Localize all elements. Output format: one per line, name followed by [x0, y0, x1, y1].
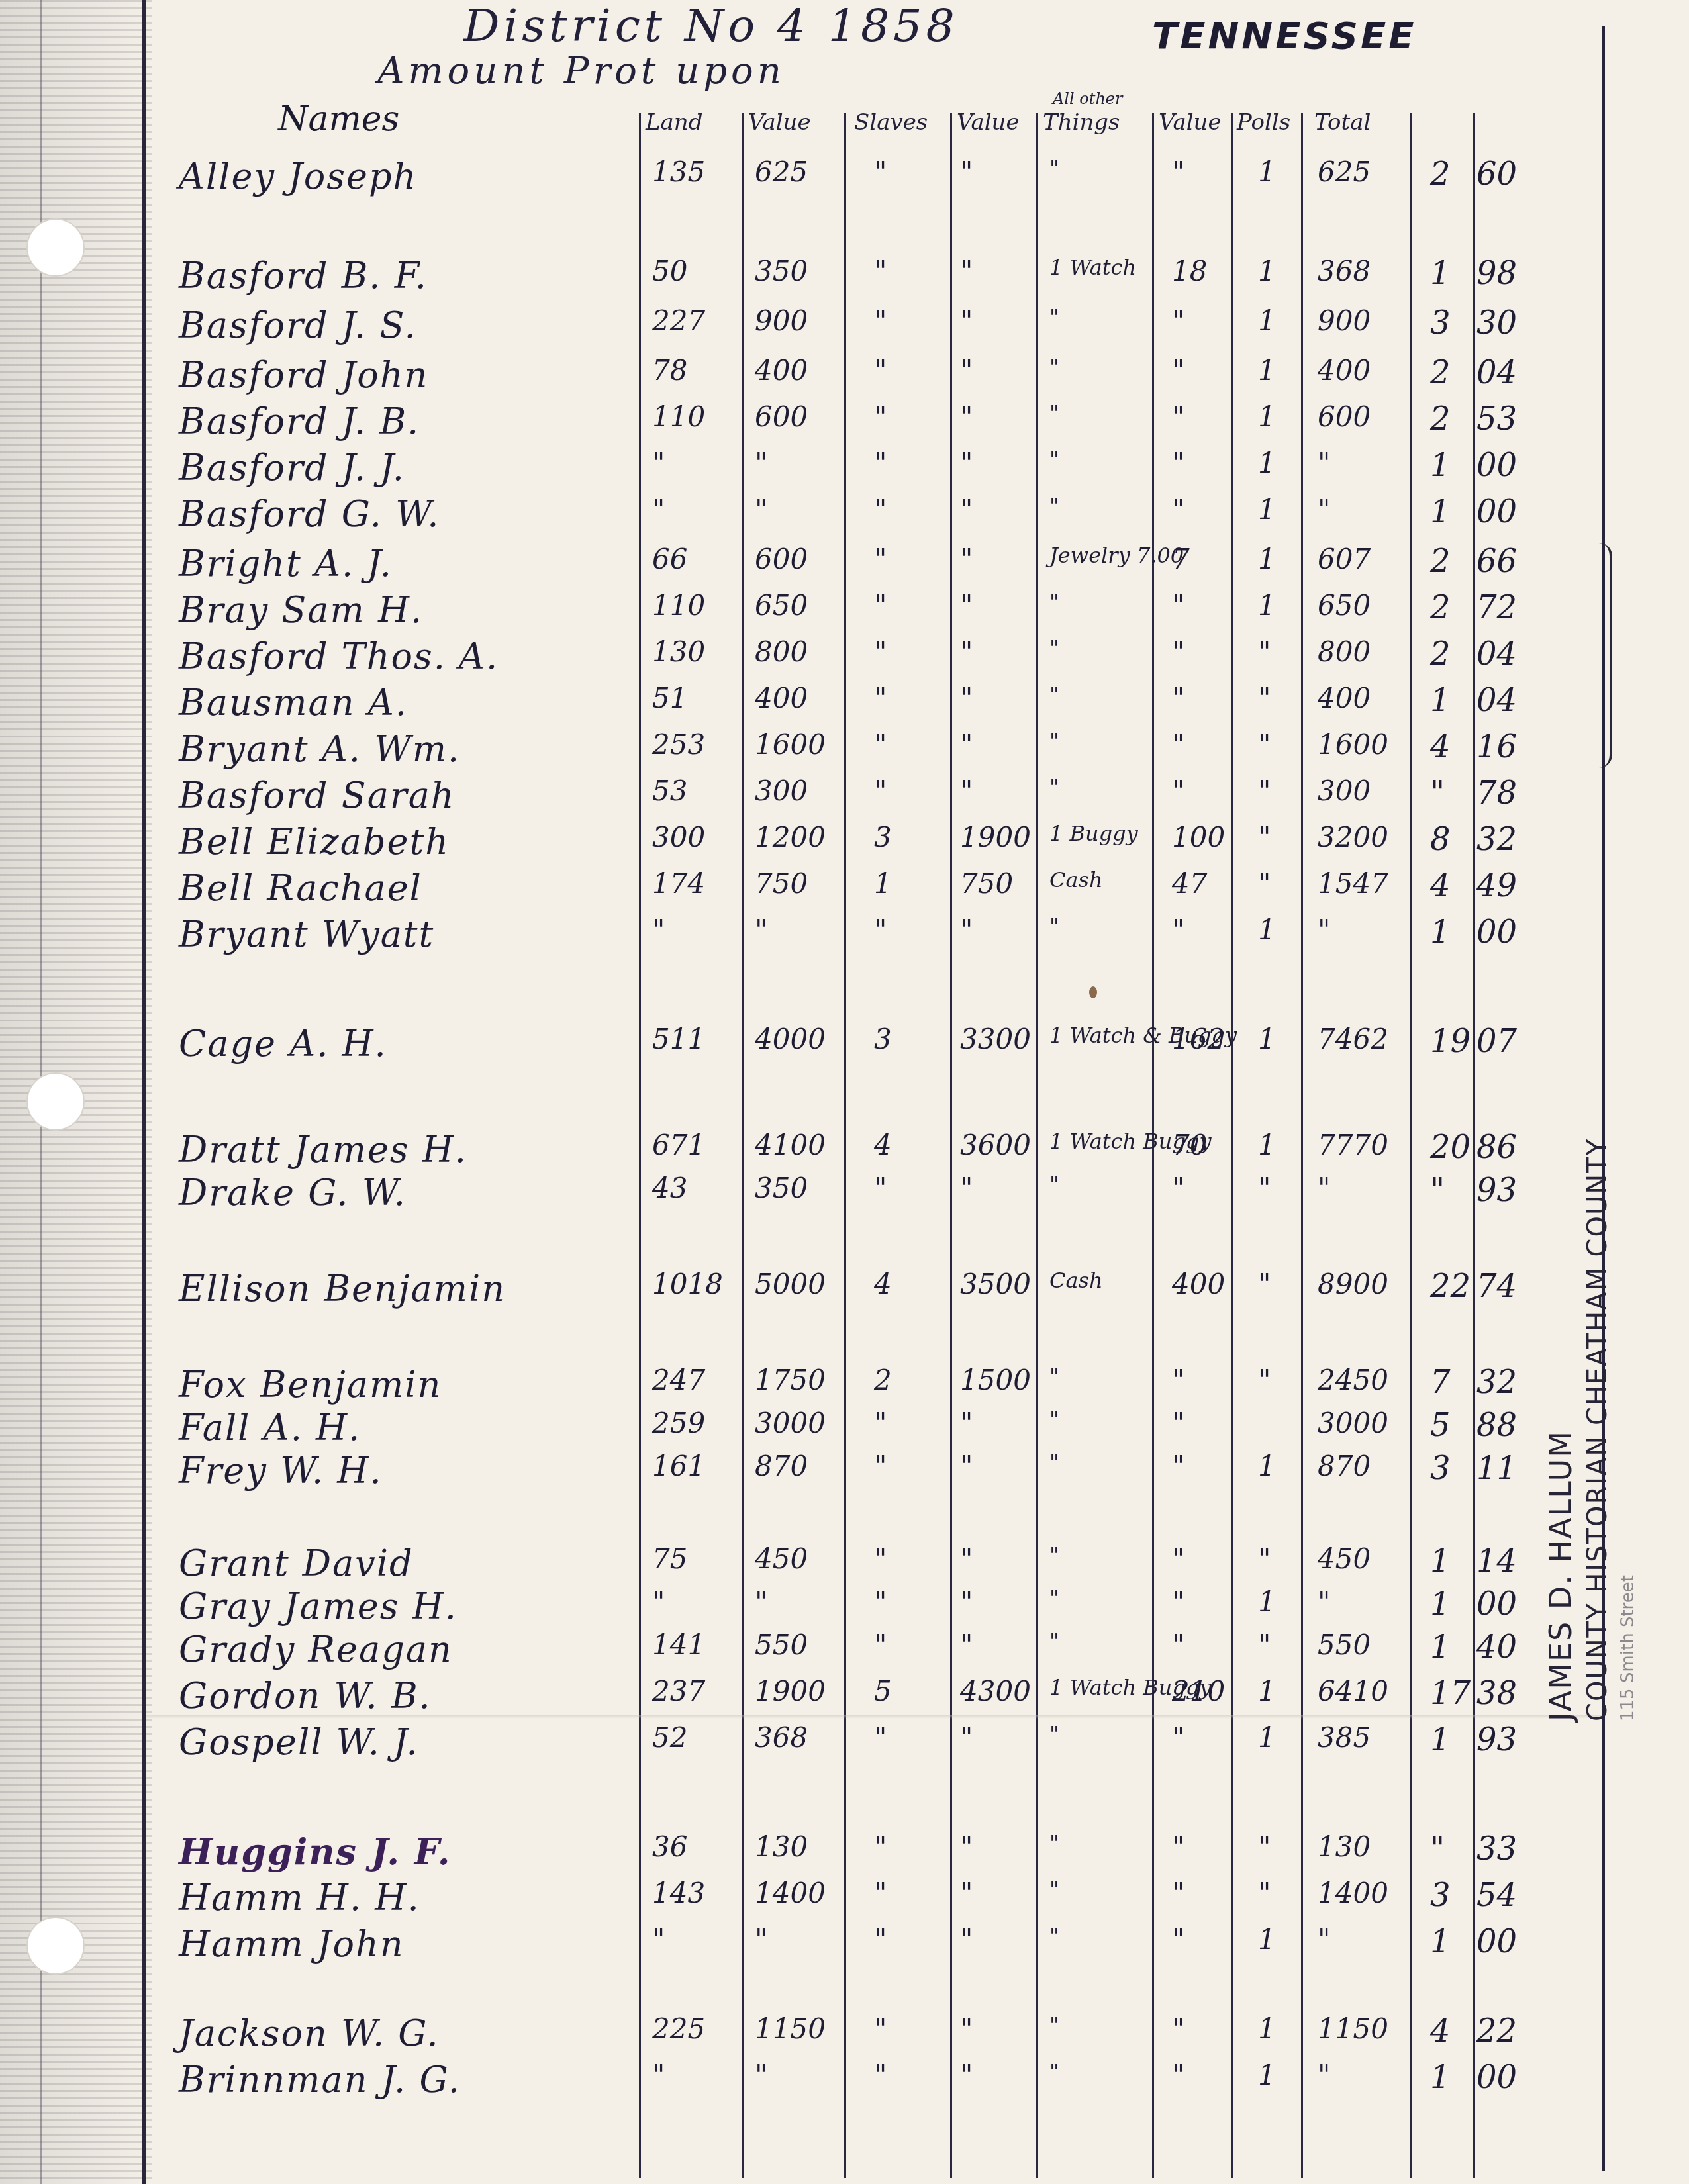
cell-other-value: ": [1172, 1543, 1184, 1575]
cell-polls: 1: [1258, 1129, 1276, 1161]
cell-name: Bright A. J.: [179, 543, 393, 585]
cell-other: ": [1049, 775, 1059, 800]
cell-other: ": [1049, 1586, 1059, 1611]
cell-land-value: 400: [755, 354, 808, 387]
document-heading: District No 4 1858: [463, 0, 959, 52]
cell-slaves-value: ": [960, 255, 973, 287]
cell-other: ": [1049, 914, 1059, 939]
cell-other-value: ": [1172, 728, 1184, 761]
cell-other-value: ": [1172, 775, 1184, 807]
cell-other-value: 162: [1172, 1023, 1225, 1055]
cell-total: ": [1318, 914, 1330, 946]
cell-total: 625: [1318, 156, 1371, 188]
cell-other-value: ": [1172, 1172, 1184, 1204]
ledger-row: Basford John78400""""1400204: [0, 354, 1689, 394]
cell-other: ": [1049, 1172, 1059, 1197]
cell-name: Alley Joseph: [179, 156, 417, 197]
cell-polls: 1: [1258, 354, 1276, 387]
cell-polls: ": [1258, 1268, 1271, 1300]
cell-other-value: ": [1172, 1830, 1184, 1863]
cell-tax-cents: 00: [1476, 914, 1517, 951]
ledger-row: Basford Thos. A.130800"""""800204: [0, 636, 1689, 675]
cell-land-value: ": [755, 1923, 767, 1956]
cell-tax-cents: 00: [1476, 2059, 1517, 2096]
ledger-row: Dratt James H.6714100436001 Watch Buggy7…: [0, 1129, 1689, 1168]
cell-polls: ": [1258, 636, 1271, 668]
cell-tax-dollars: 1: [1430, 255, 1451, 292]
cell-tax-dollars: 4: [1430, 867, 1451, 904]
cell-slaves-value: ": [960, 589, 973, 622]
cell-tax-dollars: 1: [1430, 2059, 1451, 2096]
cell-tax-cents: 04: [1476, 636, 1517, 673]
cell-land-value: 1600: [755, 728, 826, 761]
cell-slaves: ": [874, 305, 887, 337]
cell-slaves-value: ": [960, 1721, 973, 1754]
cell-slaves-value: ": [960, 1543, 973, 1575]
cell-other: ": [1049, 493, 1059, 518]
cell-land: 110: [652, 401, 705, 433]
cell-tax-cents: 00: [1476, 1586, 1517, 1623]
cell-tax-cents: 16: [1476, 728, 1517, 765]
cell-slaves-value: 4300: [960, 1675, 1031, 1707]
cell-tax-dollars: 4: [1430, 2013, 1451, 2050]
cell-tax-cents: 32: [1476, 821, 1517, 858]
ledger-row: Hamm H. H.1431400"""""1400354: [0, 1877, 1689, 1917]
cell-total: ": [1318, 447, 1330, 479]
cell-land: 671: [652, 1129, 705, 1161]
ledger-row: Gray James H.""""""1"100: [0, 1586, 1689, 1625]
cell-other: ": [1049, 1877, 1059, 1902]
cell-land-value: 350: [755, 1172, 808, 1204]
cell-land: 300: [652, 821, 705, 853]
ledger-row: Basford G. W.""""""1"100: [0, 493, 1689, 533]
cell-tax-cents: 32: [1476, 1364, 1517, 1401]
cell-other: ": [1049, 156, 1059, 181]
cell-slaves: ": [874, 775, 887, 807]
cell-tax-dollars: ": [1430, 775, 1445, 812]
cell-polls: 1: [1258, 401, 1276, 433]
slaves-column-header: Slaves: [854, 109, 928, 136]
cell-slaves: ": [874, 2013, 887, 2045]
cell-tax-dollars: 17: [1430, 1675, 1471, 1712]
cell-other: ": [1049, 728, 1059, 753]
cell-other-value: ": [1172, 1877, 1184, 1909]
cell-slaves-value: ": [960, 401, 973, 433]
cell-other: ": [1049, 447, 1059, 472]
cell-name: Grady Reagan: [179, 1629, 453, 1670]
cell-other: ": [1049, 682, 1059, 707]
ledger-row: Grant David75450"""""450114: [0, 1543, 1689, 1582]
cell-total: ": [1318, 1923, 1330, 1956]
cell-tax-cents: 00: [1476, 447, 1517, 484]
cell-slaves: ": [874, 255, 887, 287]
cell-polls: ": [1258, 682, 1271, 714]
cell-land: 110: [652, 589, 705, 622]
ledger-row: Bell Elizabeth3001200319001 Buggy100"320…: [0, 821, 1689, 861]
cell-total: ": [1318, 1172, 1330, 1204]
cell-other: ": [1049, 1364, 1059, 1389]
stamp-name: JAMES D. HALLUM: [1543, 1125, 1578, 1721]
cell-other-value: ": [1172, 589, 1184, 622]
cell-name: Dratt James H.: [179, 1129, 467, 1170]
cell-total: 7462: [1318, 1023, 1388, 1055]
cell-polls: ": [1258, 1172, 1271, 1204]
cell-slaves-value: 3500: [960, 1268, 1031, 1300]
cell-polls: ": [1258, 1877, 1271, 1909]
cell-other: ": [1049, 589, 1059, 614]
cell-slaves-value: ": [960, 1407, 973, 1439]
cell-land-value: 1400: [755, 1877, 826, 1909]
ledger-row: Brinnman J. G.""""""1"100: [0, 2059, 1689, 2099]
cell-slaves-value: ": [960, 493, 973, 526]
cell-slaves: ": [874, 447, 887, 479]
cell-land: 225: [652, 2013, 705, 2045]
cell-other: 1 Watch: [1049, 255, 1136, 280]
cell-name: Frey W. H.: [179, 1450, 383, 1492]
ledger-row: Cage A. H.5114000333001 Watch & Buggy162…: [0, 1023, 1689, 1063]
cell-total: 550: [1318, 1629, 1371, 1661]
stamp-address: 115 Smith Street: [1618, 1125, 1638, 1721]
cell-slaves: ": [874, 914, 887, 946]
cell-polls: ": [1258, 1830, 1271, 1863]
cell-land-value: 400: [755, 682, 808, 714]
cell-slaves-value: ": [960, 1923, 973, 1956]
cell-tax-dollars: ": [1430, 1830, 1445, 1868]
cell-land: 53: [652, 775, 687, 807]
cell-slaves: 4: [874, 1268, 892, 1300]
cell-land: ": [652, 447, 665, 479]
cell-tax-dollars: ": [1430, 1172, 1445, 1209]
cell-total: 1547: [1318, 867, 1388, 900]
cell-slaves: 1: [874, 867, 892, 900]
cell-name: Basford J. B.: [179, 401, 420, 442]
cell-land: ": [652, 1586, 665, 1618]
cell-other: ": [1049, 1543, 1059, 1568]
cell-land-value: 1150: [755, 2013, 826, 2045]
cell-other: Cash: [1049, 1268, 1103, 1293]
cell-slaves: ": [874, 1172, 887, 1204]
cell-slaves: 5: [874, 1675, 892, 1707]
cell-slaves-value: ": [960, 1586, 973, 1618]
cell-name: Basford John: [179, 354, 428, 396]
cell-land: 36: [652, 1830, 687, 1863]
cell-slaves-value: ": [960, 914, 973, 946]
cell-land: 259: [652, 1407, 705, 1439]
cell-total: 600: [1318, 401, 1371, 433]
cell-other-value: 100: [1172, 821, 1225, 853]
cell-name: Cage A. H.: [179, 1023, 387, 1065]
punch-hole: [26, 1072, 85, 1131]
ledger-row: Bell Rachael1747501750Cash47"1547449: [0, 867, 1689, 907]
cell-land: 511: [652, 1023, 705, 1055]
cell-other: ": [1049, 636, 1059, 661]
cell-other-value: 400: [1172, 1268, 1225, 1300]
cell-slaves-value: ": [960, 682, 973, 714]
ledger-row: Bray Sam H.110650""""1650272: [0, 589, 1689, 629]
cell-name: Jackson W. G.: [179, 2013, 440, 2054]
cell-slaves-value: 1900: [960, 821, 1031, 853]
cell-name: Basford J. J.: [179, 447, 405, 489]
cell-slaves-value: ": [960, 2059, 973, 2091]
cell-land: 130: [652, 636, 705, 668]
cell-other-value: ": [1172, 1450, 1184, 1482]
cell-land-value: 4000: [755, 1023, 826, 1055]
ledger-row: Drake G. W.43350"""""""93: [0, 1172, 1689, 1211]
cell-tax-cents: 33: [1476, 1830, 1517, 1868]
cell-tax-cents: 07: [1476, 1023, 1517, 1060]
cell-land: 78: [652, 354, 687, 387]
cell-tax-cents: 60: [1476, 156, 1517, 193]
cell-other-value: 18: [1172, 255, 1207, 287]
ledger-row: Basford J. J.""""""1"100: [0, 447, 1689, 487]
cell-total: ": [1318, 493, 1330, 526]
cell-land-value: ": [755, 1586, 767, 1618]
cell-tax-dollars: 1: [1430, 682, 1451, 719]
cell-other-value: ": [1172, 493, 1184, 526]
cell-tax-cents: 66: [1476, 543, 1517, 580]
cell-land-value: 625: [755, 156, 808, 188]
cell-tax-dollars: 8: [1430, 821, 1451, 858]
cell-land: 143: [652, 1877, 705, 1909]
cell-tax-dollars: 7: [1430, 1364, 1451, 1401]
cell-slaves-value: 3300: [960, 1023, 1031, 1055]
cell-land: 237: [652, 1675, 705, 1707]
cell-tax-cents: 40: [1476, 1629, 1517, 1666]
cell-polls: 1: [1258, 1923, 1276, 1956]
cell-polls: ": [1258, 821, 1271, 853]
cell-total: 900: [1318, 305, 1371, 337]
cell-polls: ": [1258, 1543, 1271, 1575]
document-subheading: Amount Prot upon: [377, 50, 785, 93]
cell-other-value: ": [1172, 1721, 1184, 1754]
cell-polls: 1: [1258, 1675, 1276, 1707]
cell-tax-cents: 98: [1476, 255, 1517, 292]
cell-slaves-value: ": [960, 1629, 973, 1661]
cell-other-value: ": [1172, 401, 1184, 433]
cell-slaves: ": [874, 589, 887, 622]
cell-other: ": [1049, 401, 1059, 426]
cell-polls: 1: [1258, 305, 1276, 337]
cell-slaves: ": [874, 1407, 887, 1439]
cell-other: ": [1049, 1407, 1059, 1432]
cell-land-value: 3000: [755, 1407, 826, 1439]
ledger-row: Alley Joseph135625""""1625260: [0, 156, 1689, 195]
cell-total: 385: [1318, 1721, 1371, 1754]
cell-other: ": [1049, 305, 1059, 330]
all-other-note: All other: [1053, 89, 1123, 108]
ledger-row: Bright A. J.66600""Jewelry 7.0071607266: [0, 543, 1689, 583]
cell-tax-cents: 38: [1476, 1675, 1517, 1712]
cell-other: ": [1049, 2013, 1059, 2038]
cell-tax-dollars: 5: [1430, 1407, 1451, 1444]
ledger-row: Bausman A.51400"""""400104: [0, 682, 1689, 722]
cell-other-value: 47: [1172, 867, 1207, 900]
cell-slaves: ": [874, 1830, 887, 1863]
cell-other-value: ": [1172, 354, 1184, 387]
cell-total: 870: [1318, 1450, 1371, 1482]
cell-slaves-value: ": [960, 775, 973, 807]
cell-land-value: ": [755, 2059, 767, 2091]
cell-tax-dollars: 20: [1430, 1129, 1471, 1166]
cell-polls: 1: [1258, 1721, 1276, 1754]
cell-total: 300: [1318, 775, 1371, 807]
cell-total: 400: [1318, 354, 1371, 387]
ledger-row: Basford J. B.110600""""1600253: [0, 401, 1689, 440]
cell-polls: 1: [1258, 589, 1276, 622]
cell-name: Bryant Wyatt: [179, 914, 434, 955]
cell-polls: ": [1258, 867, 1271, 900]
cell-land-value: 450: [755, 1543, 808, 1575]
cell-land: ": [652, 1923, 665, 1956]
cell-tax-dollars: 3: [1430, 1877, 1451, 1914]
cell-land: 141: [652, 1629, 705, 1661]
cell-tax-dollars: 1: [1430, 1629, 1451, 1666]
cell-other-value: 210: [1172, 1675, 1225, 1707]
cell-land: 135: [652, 156, 705, 188]
cell-total: 2450: [1318, 1364, 1388, 1396]
cell-tax-dollars: 3: [1430, 1450, 1451, 1487]
cell-slaves: ": [874, 1629, 887, 1661]
cell-land-value: 550: [755, 1629, 808, 1661]
cell-polls: 1: [1258, 447, 1276, 479]
cell-other-value: ": [1172, 447, 1184, 479]
cell-other-value: ": [1172, 305, 1184, 337]
cell-slaves: ": [874, 728, 887, 761]
other-value-column-header: Value: [1159, 109, 1222, 136]
cell-land-value: 600: [755, 401, 808, 433]
cell-slaves-value: ": [960, 1830, 973, 1863]
cell-total: 650: [1318, 589, 1371, 622]
cell-other-value: ": [1172, 1586, 1184, 1618]
cell-total: 1400: [1318, 1877, 1388, 1909]
ledger-row: Basford B. F.50350""1 Watch181368198: [0, 255, 1689, 295]
slaves-value-column-header: Value: [957, 109, 1020, 136]
cell-name: Bell Rachael: [179, 867, 422, 909]
cell-total: ": [1318, 2059, 1330, 2091]
cell-slaves: ": [874, 2059, 887, 2091]
ledger-row: Bryant A. Wm.2531600"""""1600416: [0, 728, 1689, 768]
cell-total: ": [1318, 1586, 1330, 1618]
cell-name: Bray Sam H.: [179, 589, 423, 631]
cell-slaves-value: ": [960, 1172, 973, 1204]
cell-name: Bryant A. Wm.: [179, 728, 460, 770]
cell-total: 3200: [1318, 821, 1388, 853]
cell-land-value: 800: [755, 636, 808, 668]
tax-ledger-page: District No 4 1858 TENNESSEE Amount Prot…: [0, 0, 1689, 2184]
cell-tax-cents: 88: [1476, 1407, 1517, 1444]
cell-other-value: ": [1172, 2013, 1184, 2045]
cell-other-value: 7: [1172, 543, 1190, 575]
cell-tax-dollars: 1: [1430, 447, 1451, 484]
cell-name: Ellison Benjamin: [179, 1268, 506, 1309]
cell-tax-dollars: 1: [1430, 1543, 1451, 1580]
cell-name: Bausman A.: [179, 682, 408, 724]
cell-other: Jewelry 7.00: [1049, 543, 1184, 568]
cell-name: Basford Sarah: [179, 775, 456, 816]
cell-land-value: ": [755, 914, 767, 946]
cell-tax-dollars: 1: [1430, 1586, 1451, 1623]
cell-polls: ": [1258, 728, 1271, 761]
cell-slaves-value: ": [960, 636, 973, 668]
cell-tax-dollars: 2: [1430, 589, 1451, 626]
cell-slaves: ": [874, 1543, 887, 1575]
cell-slaves: ": [874, 493, 887, 526]
cell-name: Hamm H. H.: [179, 1877, 420, 1919]
cell-land-value: 368: [755, 1721, 808, 1754]
cell-slaves-value: ": [960, 305, 973, 337]
cell-other-value: ": [1172, 156, 1184, 188]
ledger-row: Ellison Benjamin1018500043500Cash400"890…: [0, 1268, 1689, 1307]
ledger-row: Grady Reagan141550"""""550140: [0, 1629, 1689, 1668]
cell-other: Cash: [1049, 867, 1103, 892]
cell-slaves: ": [874, 1586, 887, 1618]
cell-land-value: 1900: [755, 1675, 826, 1707]
cell-land-value: ": [755, 447, 767, 479]
cell-tax-cents: 11: [1476, 1450, 1517, 1487]
cell-tax-dollars: 19: [1430, 1023, 1471, 1060]
cell-slaves: 3: [874, 1023, 892, 1055]
cell-land-value: 4100: [755, 1129, 826, 1161]
cell-tax-dollars: 1: [1430, 1721, 1451, 1758]
cell-land-value: 870: [755, 1450, 808, 1482]
cell-land: 51: [652, 682, 687, 714]
cell-polls: 1: [1258, 255, 1276, 287]
cell-land: 52: [652, 1721, 687, 1754]
cell-land: ": [652, 2059, 665, 2091]
cell-name: Basford Thos. A.: [179, 636, 499, 677]
cell-land-value: ": [755, 493, 767, 526]
cell-name: Fall A. H.: [179, 1407, 361, 1448]
cell-slaves-value: ": [960, 1450, 973, 1482]
land-value-column-header: Value: [748, 109, 811, 136]
cell-tax-cents: 86: [1476, 1129, 1517, 1166]
cell-tax-dollars: 2: [1430, 354, 1451, 391]
cell-total: 368: [1318, 255, 1371, 287]
cell-slaves: ": [874, 401, 887, 433]
cell-polls: ": [1258, 1364, 1271, 1396]
cell-land-value: 900: [755, 305, 808, 337]
cell-tax-cents: 00: [1476, 1923, 1517, 1960]
historian-stamp: JAMES D. HALLUM COUNTY HISTORIAN CHEATHA…: [1543, 1125, 1655, 1721]
cell-land-value: 1200: [755, 821, 826, 853]
cell-other-value: ": [1172, 1629, 1184, 1661]
cell-total: 800: [1318, 636, 1371, 668]
cell-tax-dollars: 1: [1430, 1923, 1451, 1960]
cell-polls: 1: [1258, 2059, 1276, 2091]
cell-land: 174: [652, 867, 705, 900]
cell-polls: 1: [1258, 1023, 1276, 1055]
cell-total: 1600: [1318, 728, 1388, 761]
cell-name: Bell Elizabeth: [179, 821, 450, 863]
cell-polls: 1: [1258, 156, 1276, 188]
cell-slaves: 2: [874, 1364, 892, 1396]
cell-land: ": [652, 914, 665, 946]
ledger-row: Fox Benjamin247175021500"""2450732: [0, 1364, 1689, 1403]
cell-other: 1 Buggy: [1049, 821, 1138, 846]
cell-other-value: ": [1172, 636, 1184, 668]
cell-polls: ": [1258, 1629, 1271, 1661]
cell-name: Hamm John: [179, 1923, 405, 1965]
cell-land-value: 5000: [755, 1268, 826, 1300]
cell-tax-cents: 00: [1476, 493, 1517, 530]
ledger-row: Basford J. S.227900""""1900330: [0, 305, 1689, 344]
cell-tax-cents: 49: [1476, 867, 1517, 904]
cell-name: Gray James H.: [179, 1586, 458, 1627]
cell-name: Grant David: [179, 1543, 414, 1584]
cell-tax-cents: 93: [1476, 1721, 1517, 1758]
cell-other-value: ": [1172, 682, 1184, 714]
stamp-title: COUNTY HISTORIAN CHEATHAM COUNTY: [1582, 1125, 1613, 1721]
